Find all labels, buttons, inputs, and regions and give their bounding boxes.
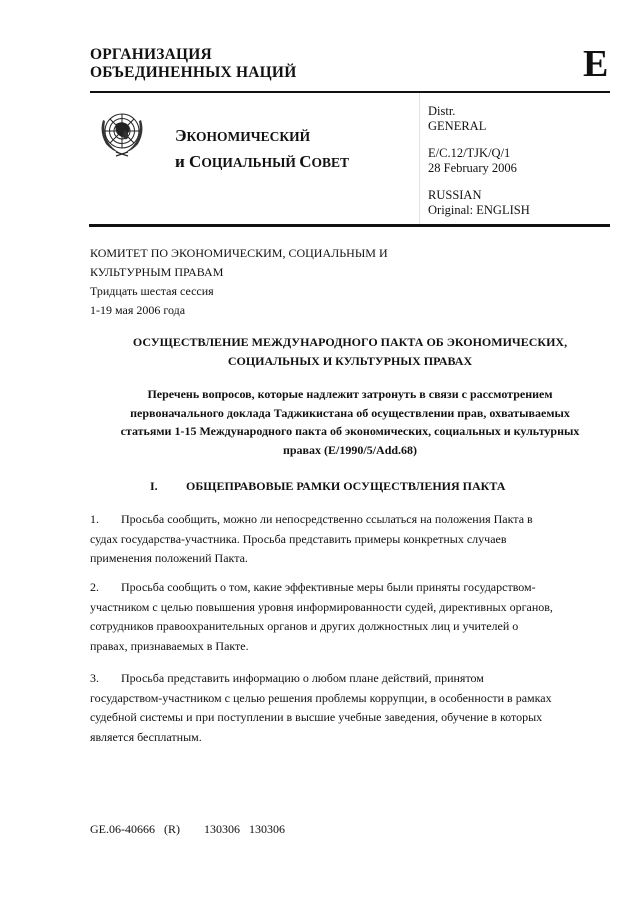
paragraph-line: применения положений Пакта. bbox=[90, 549, 610, 569]
paragraph: 3.Просьба представить информацию о любом… bbox=[90, 669, 610, 747]
paragraph-line: является бесплатным. bbox=[90, 728, 610, 748]
paragraph-number: 1. bbox=[90, 510, 121, 530]
subtitle-line-4: правах (E/1990/5/Add.68) bbox=[90, 441, 610, 460]
organization-line-2: ОБЪЕДИНЕННЫХ НАЦИЙ bbox=[90, 64, 296, 82]
section-title: ОБЩЕПРАВОВЫЕ РАМКИ ОСУЩЕСТВЛЕНИЯ ПАКТА bbox=[186, 479, 505, 493]
paragraph-line: участником с целью повышения уровня инфо… bbox=[90, 598, 610, 618]
original-language: Original: ENGLISH bbox=[428, 203, 530, 218]
language-letter: E bbox=[583, 44, 608, 84]
date-code-1: 130306 bbox=[204, 821, 240, 837]
footer-job-code: GE.06-40666 (R) 130306 130306 bbox=[90, 821, 285, 837]
committee-line-1: КОМИТЕТ ПО ЭКОНОМИЧЕСКИМ, СОЦИАЛЬНЫМ И bbox=[90, 244, 388, 263]
council-initial: С bbox=[299, 152, 311, 171]
council-text: ОВЕТ bbox=[311, 155, 349, 170]
committee-line-2: КУЛЬТУРНЫМ ПРАВАМ bbox=[90, 263, 388, 282]
section-heading: I.ОБЩЕПРАВОВЫЕ РАМКИ ОСУЩЕСТВЛЕНИЯ ПАКТА bbox=[150, 478, 505, 494]
paragraph-line: государством-участником с целью решения … bbox=[90, 689, 610, 709]
distr-value: GENERAL bbox=[428, 119, 530, 134]
title-line-1: ОСУЩЕСТВЛЕНИЕ МЕЖДУНАРОДНОГО ПАКТА ОБ ЭК… bbox=[90, 333, 610, 352]
paragraph-number: 3. bbox=[90, 669, 121, 689]
document-title: ОСУЩЕСТВЛЕНИЕ МЕЖДУНАРОДНОГО ПАКТА ОБ ЭК… bbox=[90, 333, 610, 370]
date-code-2: 130306 bbox=[249, 821, 285, 837]
subtitle-line-3: статьями 1-15 Международного пакта об эк… bbox=[90, 422, 610, 441]
subtitle-line-1: Перечень вопросов, которые надлежит затр… bbox=[90, 385, 610, 404]
paragraph-line: сотрудников правоохранительных органов и… bbox=[90, 617, 610, 637]
council-initial: Э bbox=[175, 126, 187, 145]
header-divider bbox=[419, 93, 420, 224]
council-text: КОНОМИЧЕСКИЙ bbox=[187, 129, 311, 144]
document-symbol: E/C.12/TJK/Q/1 bbox=[428, 146, 530, 161]
document-language: RUSSIAN bbox=[428, 188, 530, 203]
council-line-2: и СОЦИАЛЬНЫЙ СОВЕТ bbox=[175, 149, 349, 175]
council-initial: С bbox=[189, 152, 201, 171]
document-meta: Distr. GENERAL E/C.12/TJK/Q/1 28 Februar… bbox=[428, 104, 530, 217]
organization-name: ОРГАНИЗАЦИЯ ОБЪЕДИНЕННЫХ НАЦИЙ bbox=[90, 46, 296, 82]
organization-line-1: ОРГАНИЗАЦИЯ bbox=[90, 46, 296, 64]
paragraph-number: 2. bbox=[90, 578, 121, 598]
distr-label: Distr. bbox=[428, 104, 530, 119]
paragraph-line: 3.Просьба представить информацию о любом… bbox=[90, 669, 610, 689]
session-dates: 1-19 мая 2006 года bbox=[90, 301, 388, 320]
session-name: Тридцать шестая сессия bbox=[90, 282, 388, 301]
header-rule bbox=[90, 91, 610, 93]
job-number: GE.06-40666 bbox=[90, 821, 155, 837]
paragraph-text: Просьба сообщить о том, какие эффективны… bbox=[121, 580, 536, 594]
council-text: ОЦИАЛЬНЫЙ bbox=[201, 155, 299, 170]
paragraph-line: судебной системы и при поступлении в выс… bbox=[90, 708, 610, 728]
paragraph-line: 2.Просьба сообщить о том, какие эффектив… bbox=[90, 578, 610, 598]
paragraph-line: судах государства-участника. Просьба пре… bbox=[90, 530, 610, 550]
document-date: 28 February 2006 bbox=[428, 161, 530, 176]
paragraph: 1.Просьба сообщить, можно ли непосредств… bbox=[90, 510, 610, 569]
council-prefix: и bbox=[175, 152, 189, 171]
paragraph: 2.Просьба сообщить о том, какие эффектив… bbox=[90, 578, 610, 656]
paragraph-text: Просьба представить информацию о любом п… bbox=[121, 671, 484, 685]
paragraph-line: правах, признаваемых в Пакте. bbox=[90, 637, 610, 657]
paragraph-text: Просьба сообщить, можно ли непосредствен… bbox=[121, 512, 533, 526]
council-line-1: ЭКОНОМИЧЕСКИЙ bbox=[175, 123, 349, 149]
document-subtitle: Перечень вопросов, которые надлежит затр… bbox=[90, 385, 610, 459]
council-name: ЭКОНОМИЧЕСКИЙ и СОЦИАЛЬНЫЙ СОВЕТ bbox=[175, 123, 349, 175]
header-bottom-rule bbox=[89, 224, 610, 227]
title-line-2: СОЦИАЛЬНЫХ И КУЛЬТУРНЫХ ПРАВАХ bbox=[90, 352, 610, 371]
committee-block: КОМИТЕТ ПО ЭКОНОМИЧЕСКИМ, СОЦИАЛЬНЫМ И К… bbox=[90, 244, 388, 320]
language-code: (R) bbox=[164, 821, 180, 837]
paragraph-line: 1.Просьба сообщить, можно ли непосредств… bbox=[90, 510, 610, 530]
section-number: I. bbox=[150, 478, 186, 494]
un-emblem-icon bbox=[94, 106, 150, 162]
subtitle-line-2: первоначального доклада Таджикистана об … bbox=[90, 404, 610, 423]
